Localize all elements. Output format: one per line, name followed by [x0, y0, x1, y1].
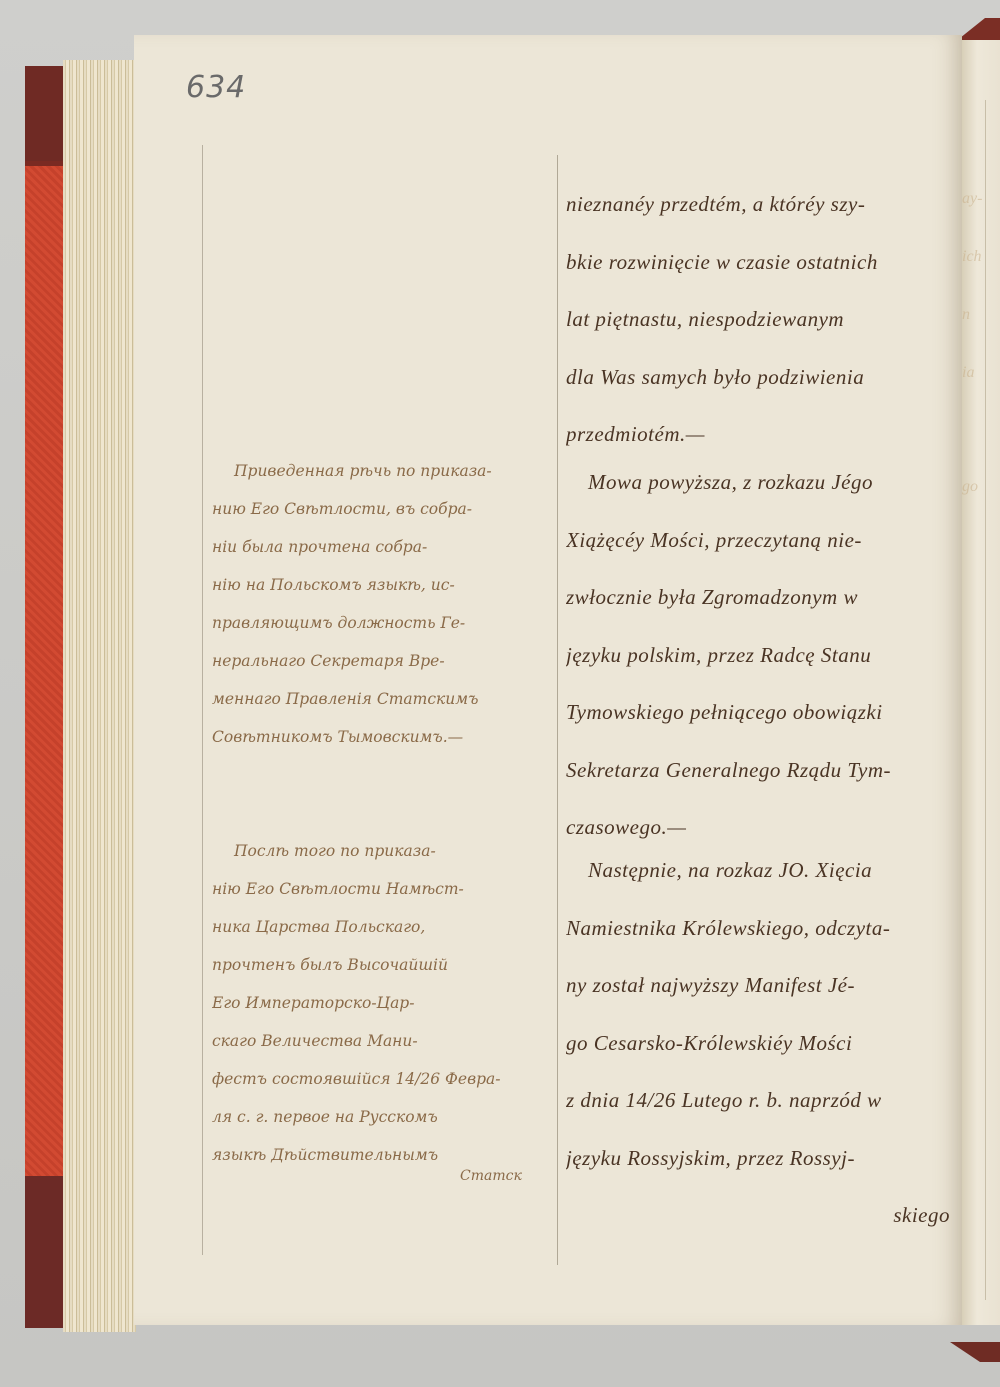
text-line: Następnie, na rozkaz JO. Xięcia	[566, 842, 962, 900]
column-divider-rule	[557, 155, 558, 1265]
cover-corner-bottom	[25, 1176, 63, 1328]
text-line: go Cesarsko-Królewskiéy Mości	[566, 1015, 962, 1073]
text-line: Послѣ того по приказа-	[212, 832, 557, 870]
text-line: нію на Польскомъ языкѣ, ис-	[212, 566, 557, 604]
text-line: języku polskim, przez Radcę Stanu	[566, 627, 962, 685]
text-line: Совѣтникомъ Тымовскимъ.—	[212, 718, 557, 756]
text-line: фестъ состоявшійся 14/26 Февра-	[212, 1060, 557, 1098]
page-number: 634	[186, 70, 246, 105]
right-column-paragraph-2: Mowa powyższa, z rozkazu Jégo Xiążęcéy M…	[566, 454, 962, 857]
text-line: нію Его Свѣтлости Намѣст-	[212, 870, 557, 908]
catchword-left: Статск	[460, 1168, 522, 1184]
text-line: нию Его Свѣтлости, въ собра-	[212, 490, 557, 528]
bleed-through-text: go	[962, 478, 978, 496]
text-line: Его Императорско-Цар-	[212, 984, 557, 1022]
text-line: Namiestnika Królewskiego, odczyta-	[566, 900, 962, 958]
text-line: Xiążęcéy Mości, przeczytaną nie-	[566, 512, 962, 570]
cover-cloth-red	[25, 166, 63, 1176]
bleed-through-text: ay-	[962, 190, 982, 208]
text-line: zwłocznie była Zgromadzonym w	[566, 569, 962, 627]
bleed-through-text: ich	[962, 248, 982, 266]
text-line: nieznanéy przedtém, a któréy szy-	[566, 176, 962, 234]
margin-rule-left	[202, 145, 203, 1255]
bleed-through-text: n	[962, 306, 970, 324]
catchword-right: skiego	[566, 1187, 962, 1245]
text-line: lat piętnastu, niespodziewanym	[566, 291, 962, 349]
text-line: Mowa powyższa, z rozkazu Jégo	[566, 454, 962, 512]
facing-page-gutter	[962, 40, 1000, 1325]
facing-page-rule	[985, 100, 986, 1300]
text-line: правляющимъ должность Ге-	[212, 604, 557, 642]
text-line: Sekretarza Generalnego Rządu Tym-	[566, 742, 962, 800]
text-line: ny został najwyższy Manifest Jé-	[566, 957, 962, 1015]
cover-corner-top	[25, 66, 63, 161]
text-line: dla Was samych było podziwienia	[566, 349, 962, 407]
bleed-through-text: ia	[962, 364, 974, 382]
text-line: ніи была прочтена собра-	[212, 528, 557, 566]
text-line: ника Царства Польскаго,	[212, 908, 557, 946]
left-column-paragraph-1: Приведенная рѣчь по приказа- нию Его Свѣ…	[212, 452, 557, 756]
text-line: Tymowskiego pełniącego obowiązki	[566, 684, 962, 742]
text-line: неральнаго Секретаря Вре-	[212, 642, 557, 680]
text-line: меннаго Правленія Статскимъ	[212, 680, 557, 718]
book-cover-left	[25, 66, 63, 1328]
text-line: прочтенъ былъ Высочайшій	[212, 946, 557, 984]
text-line: скаго Величества Мани-	[212, 1022, 557, 1060]
text-line: bkie rozwinięcie w czasie ostatnich	[566, 234, 962, 292]
left-column-paragraph-2: Послѣ того по приказа- нію Его Свѣтлости…	[212, 832, 557, 1174]
text-line: języku Rossyjskim, przez Rossyj-	[566, 1130, 962, 1188]
right-column-paragraph-3: Następnie, na rozkaz JO. Xięcia Namiestn…	[566, 842, 962, 1245]
text-line: z dnia 14/26 Lutego r. b. naprzód w	[566, 1072, 962, 1130]
text-line: Приведенная рѣчь по приказа-	[212, 452, 557, 490]
page-fore-edge	[63, 60, 136, 1332]
right-column-paragraph-1: nieznanéy przedtém, a któréy szy- bkie r…	[566, 176, 962, 464]
text-line: ля с. г. первое на Русскомъ	[212, 1098, 557, 1136]
